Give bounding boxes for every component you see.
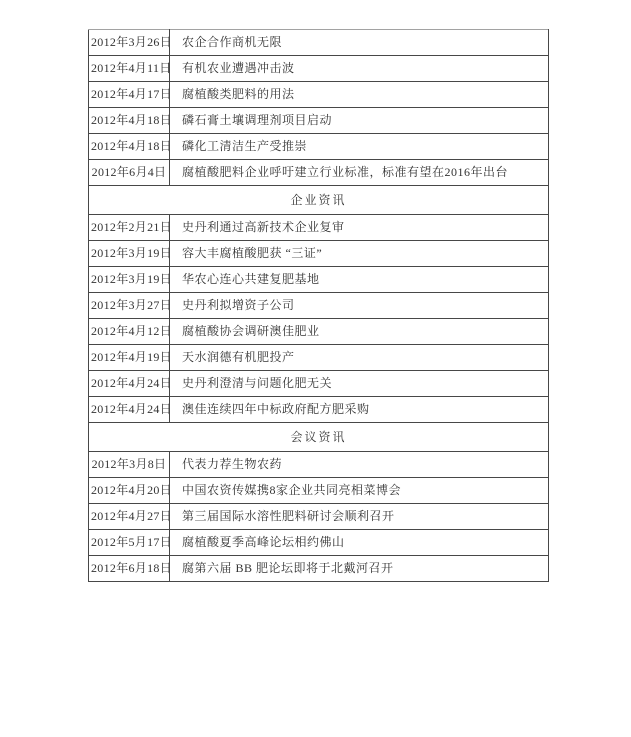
news-date: 2012年3月8日 xyxy=(89,452,170,478)
news-title: 磷化工清洁生产受推崇 xyxy=(170,134,549,160)
news-title: 天水润德有机肥投产 xyxy=(170,345,549,371)
table-row: 2012年4月18日磷化工清洁生产受推崇 xyxy=(89,134,549,160)
news-date: 2012年4月20日 xyxy=(89,478,170,504)
news-title: 华农心连心共建复肥基地 xyxy=(170,267,549,293)
news-date: 2012年4月12日 xyxy=(89,319,170,345)
document-page: 2012年3月26日农企合作商机无限2012年4月11日有机农业遭遇冲击波201… xyxy=(0,0,631,737)
section-header: 会议资讯 xyxy=(89,423,549,452)
section-header-row: 企业资讯 xyxy=(89,186,549,215)
news-date: 2012年4月18日 xyxy=(89,108,170,134)
news-title: 容大丰腐植酸肥获 “三证” xyxy=(170,241,549,267)
table-row: 2012年4月24日澳佳连续四年中标政府配方肥采购 xyxy=(89,397,549,423)
news-date: 2012年4月19日 xyxy=(89,345,170,371)
news-title: 腐植酸夏季高峰论坛相约佛山 xyxy=(170,530,549,556)
table-row: 2012年6月18日腐第六届 BB 肥论坛即将于北戴河召开 xyxy=(89,556,549,582)
news-title: 第三届国际水溶性肥料研讨会顺利召开 xyxy=(170,504,549,530)
news-title: 农企合作商机无限 xyxy=(170,30,549,56)
table-row: 2012年4月20日中国农资传媒携8家企业共同亮相菜博会 xyxy=(89,478,549,504)
table-row: 2012年3月27日史丹利拟增资子公司 xyxy=(89,293,549,319)
table-row: 2012年4月17日腐植酸类肥料的用法 xyxy=(89,82,549,108)
news-title: 腐植酸类肥料的用法 xyxy=(170,82,549,108)
table-row: 2012年3月19日华农心连心共建复肥基地 xyxy=(89,267,549,293)
news-date: 2012年4月27日 xyxy=(89,504,170,530)
news-date: 2012年4月24日 xyxy=(89,371,170,397)
news-title: 代表力荐生物农药 xyxy=(170,452,549,478)
table-row: 2012年4月19日天水润德有机肥投产 xyxy=(89,345,549,371)
news-title: 腐植酸肥料企业呼吁建立行业标准，标准有望在2016年出台 xyxy=(170,160,549,186)
section-header-row: 会议资讯 xyxy=(89,423,549,452)
news-table-body: 2012年3月26日农企合作商机无限2012年4月11日有机农业遭遇冲击波201… xyxy=(89,30,549,582)
news-date: 2012年3月19日 xyxy=(89,267,170,293)
news-title: 史丹利拟增资子公司 xyxy=(170,293,549,319)
table-row: 2012年4月27日第三届国际水溶性肥料研讨会顺利召开 xyxy=(89,504,549,530)
news-date: 2012年4月24日 xyxy=(89,397,170,423)
news-date: 2012年4月11日 xyxy=(89,56,170,82)
table-row: 2012年6月4日腐植酸肥料企业呼吁建立行业标准，标准有望在2016年出台 xyxy=(89,160,549,186)
news-date: 2012年6月4日 xyxy=(89,160,170,186)
table-row: 2012年2月21日史丹利通过高新技术企业复审 xyxy=(89,215,549,241)
news-title: 中国农资传媒携8家企业共同亮相菜博会 xyxy=(170,478,549,504)
news-title: 有机农业遭遇冲击波 xyxy=(170,56,549,82)
table-row: 2012年3月19日容大丰腐植酸肥获 “三证” xyxy=(89,241,549,267)
table-row: 2012年4月11日有机农业遭遇冲击波 xyxy=(89,56,549,82)
table-row: 2012年4月24日史丹利澄清与问题化肥无关 xyxy=(89,371,549,397)
table-row: 2012年3月8日代表力荐生物农药 xyxy=(89,452,549,478)
news-date: 2012年3月19日 xyxy=(89,241,170,267)
section-header: 企业资讯 xyxy=(89,186,549,215)
news-date: 2012年2月21日 xyxy=(89,215,170,241)
news-title: 腐第六届 BB 肥论坛即将于北戴河召开 xyxy=(170,556,549,582)
table-row: 2012年5月17日腐植酸夏季高峰论坛相约佛山 xyxy=(89,530,549,556)
news-date: 2012年6月18日 xyxy=(89,556,170,582)
news-title: 澳佳连续四年中标政府配方肥采购 xyxy=(170,397,549,423)
table-row: 2012年4月12日腐植酸协会调研澳佳肥业 xyxy=(89,319,549,345)
news-date: 2012年4月17日 xyxy=(89,82,170,108)
news-title: 史丹利澄清与问题化肥无关 xyxy=(170,371,549,397)
news-date: 2012年3月26日 xyxy=(89,30,170,56)
news-title: 史丹利通过高新技术企业复审 xyxy=(170,215,549,241)
news-date: 2012年3月27日 xyxy=(89,293,170,319)
news-date: 2012年4月18日 xyxy=(89,134,170,160)
news-date: 2012年5月17日 xyxy=(89,530,170,556)
news-table: 2012年3月26日农企合作商机无限2012年4月11日有机农业遭遇冲击波201… xyxy=(88,29,549,582)
table-row: 2012年4月18日磷石膏土壤调理剂项目启动 xyxy=(89,108,549,134)
table-row: 2012年3月26日农企合作商机无限 xyxy=(89,30,549,56)
news-title: 磷石膏土壤调理剂项目启动 xyxy=(170,108,549,134)
news-title: 腐植酸协会调研澳佳肥业 xyxy=(170,319,549,345)
